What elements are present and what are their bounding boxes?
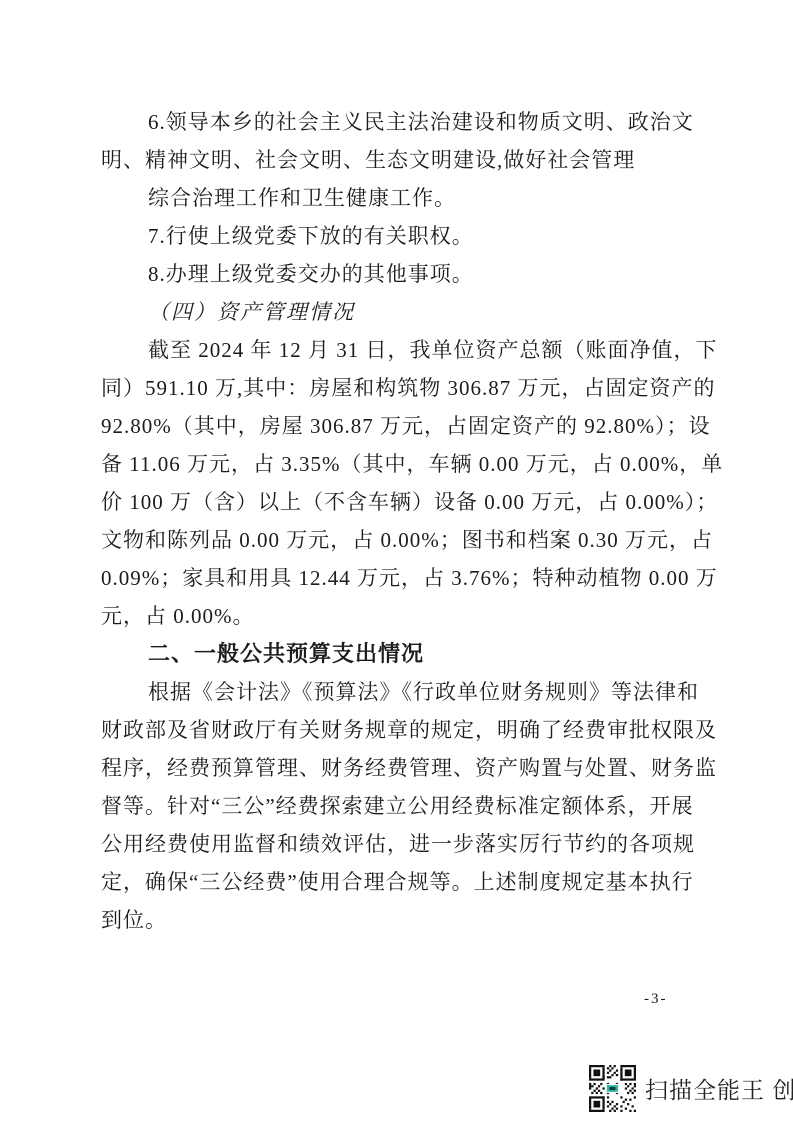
document-line: 程序，经费预算管理、财务经费管理、资产购置与处置、财务监 — [101, 749, 701, 787]
camscanner-qr-icon — [589, 1065, 636, 1112]
document-line: 文物和陈列品 0.00 万元，占 0.00%；图书和档案 0.30 万元，占 — [101, 521, 701, 559]
document-line: 元，占 0.00%。 — [101, 597, 701, 635]
document-line: 到位。 — [101, 901, 701, 939]
document-line: 0.09%；家具和用具 12.44 万元，占 3.76%；特种动植物 0.00 … — [101, 559, 701, 597]
document-line: 明、精神文明、社会文明、生态文明建设,做好社会管理 — [101, 141, 701, 179]
section-heading-budget: 二、一般公共预算支出情况 — [101, 635, 701, 673]
page-number: -3- — [644, 991, 668, 1008]
document-line: 公用经费使用监督和绩效评估，进一步落实厉行节约的各项规 — [101, 825, 701, 863]
document-line: 定，确保“三公经费”使用合理合规等。上述制度规定基本执行 — [101, 863, 701, 901]
document-line: 8.办理上级党委交办的其他事项。 — [101, 255, 701, 293]
document-line: 督等。针对“三公”经费探索建立公用经费标准定额体系，开展 — [101, 787, 701, 825]
section-heading-assets: （四）资产管理情况 — [101, 293, 701, 331]
document-line: 备 11.06 万元，占 3.35%（其中，车辆 0.00 万元，占 0.00%… — [101, 445, 701, 483]
watermark-label: 扫描全能王 创建 — [645, 1072, 793, 1105]
document-page: 6.领导本乡的社会主义民主法治建设和物质文明、政治文 明、精神文明、社会文明、生… — [0, 0, 793, 1122]
document-line: 同）591.10 万,其中：房屋和构筑物 306.87 万元，占固定资产的 — [101, 369, 701, 407]
document-line: 92.80%（其中，房屋 306.87 万元，占固定资产的 92.80%）；设 — [101, 407, 701, 445]
document-line: 财政部及省财政厅有关财务规章的规定，明确了经费审批权限及 — [101, 711, 701, 749]
document-line: 6.领导本乡的社会主义民主法治建设和物质文明、政治文 — [101, 103, 701, 141]
scanner-watermark: 扫描全能王 创建 — [589, 1065, 793, 1112]
document-line: 综合治理工作和卫生健康工作。 — [101, 179, 701, 217]
document-line: 7.行使上级党委下放的有关职权。 — [101, 217, 701, 255]
document-body: 6.领导本乡的社会主义民主法治建设和物质文明、政治文 明、精神文明、社会文明、生… — [101, 103, 701, 939]
document-line: 价 100 万（含）以上（不含车辆）设备 0.00 万元，占 0.00%）； — [101, 483, 701, 521]
document-line: 根据《会计法》《预算法》《行政单位财务规则》等法律和 — [101, 673, 701, 711]
document-line: 截至 2024 年 12 月 31 日，我单位资产总额（账面净值，下 — [101, 331, 701, 369]
